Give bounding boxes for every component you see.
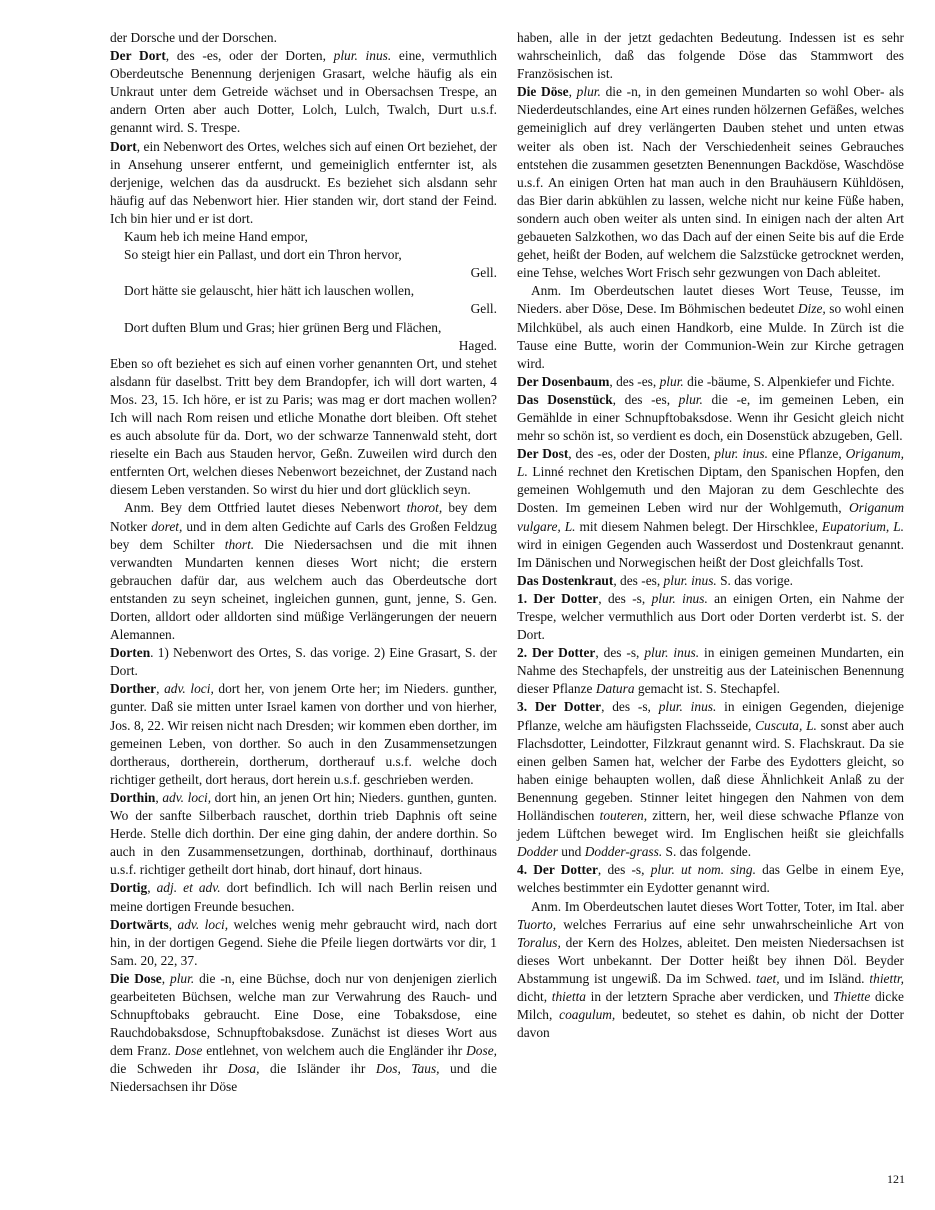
text-run: S. das folgende. [662,844,751,859]
text-run: , ein Nebenwort des Ortes, welches sich … [110,139,497,226]
text-run: in der letztern Sprache aber verdicken, … [586,989,833,1004]
text-run: , des -s, [598,862,651,877]
text-run: und [558,844,585,859]
text-run: , des -es, [609,374,659,389]
text-run: Gell. [471,301,497,316]
italic-term: Thiette [833,989,870,1004]
text-run: gemacht ist. S. Stechapfel. [635,681,780,696]
text-run: haben, alle in der jetzt gedachten Bedeu… [517,30,904,81]
headword: Der Dosenbaum [517,374,609,389]
italic-term: adj. et adv. [157,880,221,895]
text-run: Dort duften Blum und Gras; hier grünen B… [124,320,441,335]
headword: Dortig [110,880,147,895]
annotation-paragraph: Anm. Im Oberdeutschen lautet dieses Wort… [517,282,904,372]
verse-line: Dort hätte sie gelauscht, hier hätt ich … [110,282,497,300]
headword: Der Dort [110,48,166,63]
italic-term: doret, [151,519,182,534]
italic-term: plur. inus. [644,645,699,660]
italic-term: plur. inus. [664,573,717,588]
text-run: mit diesem Nahmen belegt. Der Hirschklee… [576,519,822,534]
headword: Dorten [110,645,150,660]
italic-term: touteren, [600,808,647,823]
entry-paragraph: Der Dosenbaum, des -es, plur. die -bäume… [517,373,904,391]
left-column: der Dorsche und der Dorschen.Der Dort, d… [110,29,497,1097]
text-run: dicht, [517,989,552,1004]
italic-term: thietta [552,989,586,1004]
text-run: entlehnet, von welchem auch die Englände… [202,1043,466,1058]
text-run: Haged. [459,338,497,353]
headword: 1. Der Dotter [517,591,598,606]
entry-paragraph: Die Dose, plur. die -n, eine Büchse, doc… [110,970,497,1097]
entry-paragraph: 2. Der Dotter, des -s, plur. inus. in ei… [517,644,904,698]
headword: 4. Der Dotter [517,862,598,877]
italic-term: Dose, [466,1043,497,1058]
text-run: , [162,971,170,986]
entry-paragraph: Dorther, adv. loci, dort her, von jenem … [110,680,497,789]
italic-term: plur. [679,392,703,407]
text-run: , des -es, oder der Dorten, [166,48,334,63]
text-run: die -bäume, S. Alpenkiefer und Fichte. [684,374,895,389]
headword: Dorthin [110,790,155,805]
italic-term: plur. inus. [714,446,768,461]
text-run: und im Isländ. [780,971,870,986]
italic-term: plur. [660,374,684,389]
italic-term: adv. loci, [162,790,211,805]
text-run: die -n, in den gemeinen Mundarten so woh… [517,84,904,280]
text-run: Anm. Im Oberdeutschen lautet dieses Wort… [531,899,904,914]
verse-line: Kaum heb ich meine Hand empor, [110,228,497,246]
annotation-paragraph: Anm. Bey dem Ottfried lautet dieses Nebe… [110,499,497,644]
headword: Das Dostenkraut [517,573,613,588]
entry-paragraph: Das Dosenstück, des -es, plur. die -e, i… [517,391,904,445]
annotation-paragraph: Anm. Im Oberdeutschen lautet dieses Wort… [517,898,904,1043]
italic-term: plur. inus. [652,591,708,606]
italic-term: Cuscuta, L. [755,718,817,733]
text-run: , [156,681,164,696]
text-run: Gell. [471,265,497,280]
italic-term: Dose [175,1043,203,1058]
text-run: S. das vorige. [717,573,793,588]
entry-paragraph: Das Dostenkraut, des -es, plur. inus. S.… [517,572,904,590]
text-run: , des -es, oder der Dosten, [568,446,714,461]
italic-term: adv. loci, [178,917,229,932]
italic-term: adv. loci, [164,681,214,696]
italic-term: Dos, Taus, [376,1061,440,1076]
text-run: Eben so oft beziehet es sich auf einen v… [110,356,497,498]
italic-term: coa­gulum, [559,1007,615,1022]
entry-paragraph: 3. Der Dotter, des -s, plur. inus. in ei… [517,698,904,861]
entry-paragraph: 1. Der Dotter, des -s, plur. inus. an ei… [517,590,904,644]
text-run: , des -s, [601,699,659,714]
italic-term: Toralus, [517,935,561,950]
text-run: Dort hätte sie gelauscht, hier hätt ich … [124,283,414,298]
entry-paragraph: der Dorsche und der Dorschen. [110,29,497,47]
entry-paragraph: Die Döse, plur. die -n, in den gemeinen … [517,83,904,282]
text-run: die Isländer ihr [259,1061,375,1076]
text-run: der Dorsche und der Dorschen. [110,30,277,45]
text-run: , des -es, [613,573,663,588]
text-run: , [569,84,577,99]
entry-paragraph: Der Dost, des -es, oder der Dosten, plur… [517,445,904,572]
text-run: wird in einigen Gegen­den auch Wasserdos… [517,537,904,570]
text-run: dort her, von jenem Orte her; im Nieders… [110,681,497,786]
headword: Die Döse [517,84,569,99]
text-run: , [147,880,156,895]
italic-term: Dodder-grass. [585,844,662,859]
italic-term: thiettr, [869,971,904,986]
headword: 3. Der Dotter [517,699,601,714]
headword: Dortwärts [110,917,169,932]
text-run: , des -s, [595,645,644,660]
italic-term: Datura [596,681,635,696]
italic-term: plur. [170,971,194,986]
entry-paragraph: Dortig, adj. et adv. dort befindlich. Ic… [110,879,497,915]
verse-line: So steigt hier ein Pallast, und dort ein… [110,246,497,264]
italic-term: plur. inus. [659,699,717,714]
entry-paragraph: Der Dort, des -es, oder der Dorten, plur… [110,47,497,137]
headword: Der Dost [517,446,568,461]
text-run: . 1) Nebenwort des Ortes, S. das vorige.… [110,645,497,678]
headword: Dort [110,139,137,154]
text-run: Linné rechnet den Kretischen Diptam, den… [517,464,904,515]
text-run: So steigt hier ein Pallast, und dort ein… [124,247,402,262]
italic-term: taet, [756,971,779,986]
text-run: , des -es, [613,392,679,407]
entry-paragraph: Dortwärts, adv. loci, welches wenig mehr… [110,916,497,970]
text-run: , [169,917,178,932]
quote-attribution: Gell. [110,300,497,318]
headword: Das Dosenstück [517,392,613,407]
italic-term: Dize, [798,301,826,316]
headword: Die Dose [110,971,162,986]
entry-paragraph: haben, alle in der jetzt gedachten Bedeu… [517,29,904,83]
entry-paragraph: Dort, ein Nebenwort des Ortes, welches s… [110,138,497,228]
entry-paragraph: 4. Der Dotter, des -s, plur. ut nom. sin… [517,861,904,897]
quote-attribution: Haged. [110,337,497,355]
italic-term: thorot, [407,500,443,515]
italic-term: Tuorto, [517,917,556,932]
entry-paragraph: Dorten. 1) Nebenwort des Ortes, S. das v… [110,644,497,680]
headword: 2. Der Dotter [517,645,595,660]
entry-paragraph: Eben so oft beziehet es sich auf einen v… [110,355,497,500]
verse-line: Dort duften Blum und Gras; hier grünen B… [110,319,497,337]
headword: Dorther [110,681,156,696]
entry-paragraph: Dorthin, adv. loci, dort hin, an jenen O… [110,789,497,879]
italic-term: Eupatorium, L. [822,519,904,534]
italic-term: plur. inus. [334,48,392,63]
text-run: , des -s, [598,591,651,606]
italic-term: thort. [225,537,254,552]
text-run: die Schweden ihr [110,1061,228,1076]
text-run: Anm. Bey dem Ottfried lautet dieses Nebe… [124,500,407,515]
page-number: 121 [860,1172,905,1187]
text-run: welches Ferrarius auf eine sehr unwahr­s… [556,917,904,932]
text-run: Kaum heb ich meine Hand empor, [124,229,308,244]
text-run: Die Niedersachsen und die mit ihnen verw… [110,537,497,642]
italic-term: plur. ut nom. sing. [651,862,756,877]
italic-term: Dodder [517,844,558,859]
quote-attribution: Gell. [110,264,497,282]
text-run: eine Pflanze, [768,446,846,461]
italic-term: Dosa, [228,1061,260,1076]
italic-term: plur. [577,84,601,99]
right-column: haben, alle in der jetzt gedachten Bedeu… [517,29,904,1042]
